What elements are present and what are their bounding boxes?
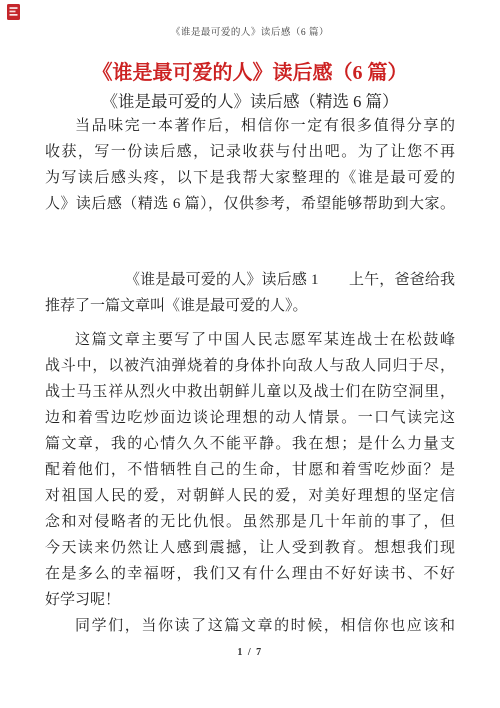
document-body: 当品味完一本著作后，相信你一定有很多值得分享的收获，写一份读后感，记录收获与付出… — [45, 113, 455, 639]
text-line: 好学习呢！ — [45, 587, 455, 613]
text-line: 为写读后感头疼，以下是我帮大家整理的《谁是最可爱的 — [45, 165, 455, 191]
text-line: 这篇文章主要写了中国人民志愿军某连战士在松鼓峰 — [45, 327, 455, 353]
paragraph: 这篇文章主要写了中国人民志愿军某连战士在松鼓峰战斗中，以被汽油弹烧着的身体扑向敌… — [45, 327, 455, 613]
text-line: 念和对侵略者的无比仇恨。虽然那是几十年前的事了，但 — [45, 509, 455, 535]
text-line: 今天读来仍然让人感到震撼，让人受到教育。想想我们现 — [45, 535, 455, 561]
text-line: 人》读后感（精选 6 篇），仅供参考，希望能够帮助到大家。 — [45, 191, 455, 217]
text-line: 《谁是最可爱的人》读后感 1 上午，爸爸给我 — [45, 267, 455, 293]
text-line: 收获，写一份读后感，记录收获与付出吧。为了让您不再 — [45, 139, 455, 165]
text-line: 战士马玉祥从烈火中救出朝鲜儿童以及战士们在防空洞里， — [45, 379, 455, 405]
paragraph: 同学们，当你读了这篇文章的时候，相信你也应该和 — [45, 613, 455, 639]
text-line: 在是多么的幸福呀，我们又有什么理由不好好读书、不好 — [45, 561, 455, 587]
text-line: 对祖国人民的爱，对朝鲜人民的爱，对美好理想的坚定信 — [45, 483, 455, 509]
paragraph: 《谁是最可爱的人》读后感 1 上午，爸爸给我推荐了一篇文章叫《谁是最可爱的人》。 — [45, 267, 455, 319]
text-line: 同学们，当你读了这篇文章的时候，相信你也应该和 — [45, 613, 455, 639]
document-page: 《谁是最可爱的人》读后感（6 篇） 《谁是最可爱的人》读后感（6 篇） 《谁是最… — [0, 0, 500, 708]
text-line: 配着他们，不惜牺牲自己的生命，甘愿和着雪吃炒面？是 — [45, 457, 455, 483]
text-line: 当品味完一本著作后，相信你一定有很多值得分享的 — [45, 113, 455, 139]
text-line: 边和着雪边吃炒面边谈论理想的动人情景。一口气读完这 — [45, 405, 455, 431]
paragraph: 当品味完一本著作后，相信你一定有很多值得分享的收获，写一份读后感，记录收获与付出… — [45, 113, 455, 217]
text-line: 篇文章，我的心情久久不能平静。我在想；是什么力量支 — [45, 431, 455, 457]
text-line: 推荐了一篇文章叫《谁是最可爱的人》。 — [45, 293, 455, 319]
page-number: 1 / 7 — [45, 647, 455, 658]
document-title: 《谁是最可爱的人》读后感（6 篇） — [45, 59, 455, 87]
document-subtitle: 《谁是最可爱的人》读后感（精选 6 篇） — [45, 91, 455, 113]
text-line: 战斗中，以被汽油弹烧着的身体扑向敌人与敌人同归于尽， — [45, 353, 455, 379]
document-meta-title: 《谁是最可爱的人》读后感（6 篇） — [45, 27, 455, 39]
